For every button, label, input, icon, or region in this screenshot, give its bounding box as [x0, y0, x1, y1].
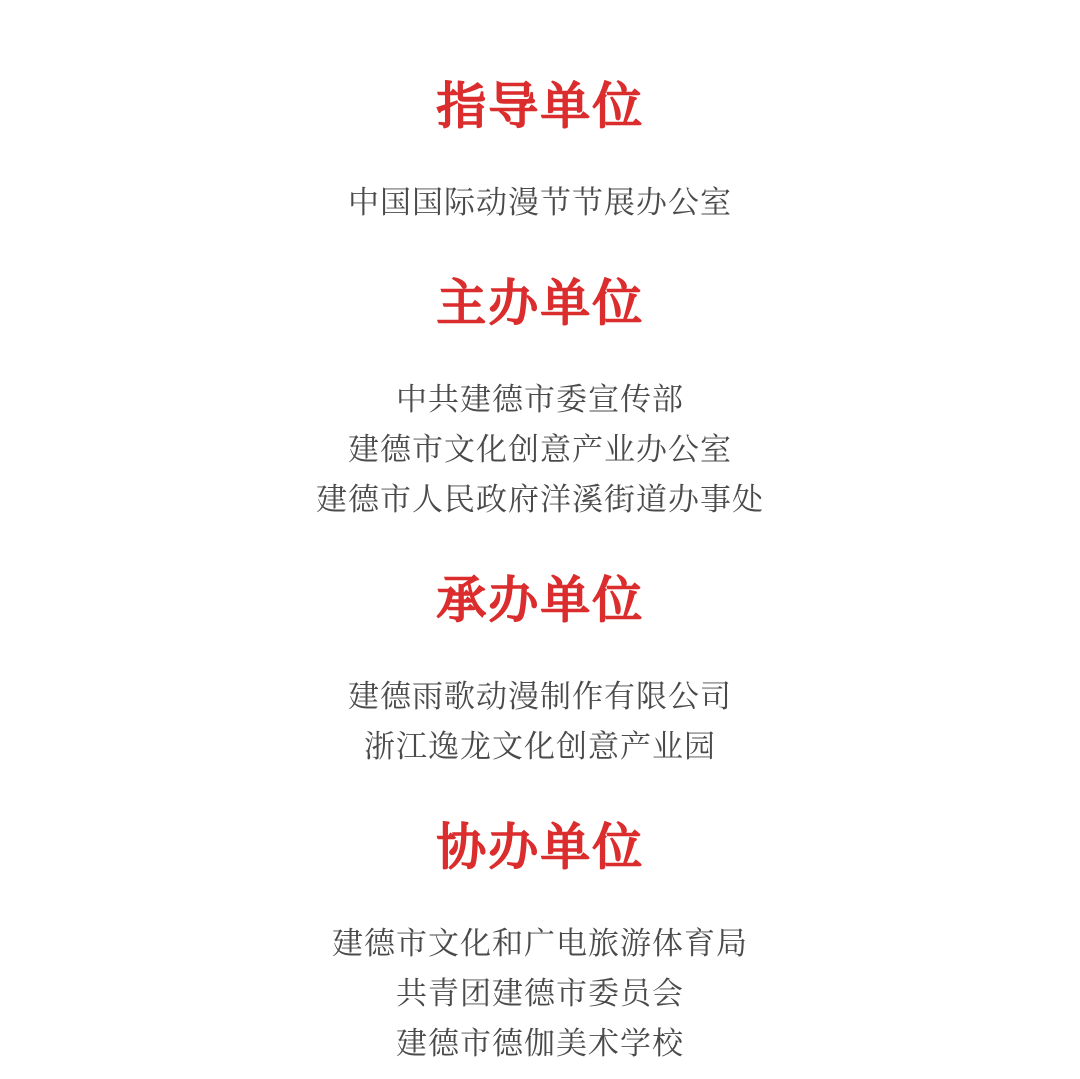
section-organizer-units: 承办单位 建德雨歌动漫制作有限公司 浙江逸龙文化创意产业园 [0, 572, 1080, 772]
org-line: 中共建德市委宣传部 [0, 375, 1080, 425]
section-host-units: 主办单位 中共建德市委宣传部 建德市文化创意产业办公室 建德市人民政府洋溪街道办… [0, 275, 1080, 525]
org-line: 建德雨歌动漫制作有限公司 [0, 672, 1080, 722]
section-heading-host-units: 主办单位 [0, 275, 1080, 332]
org-line: 浙江逸龙文化创意产业园 [0, 722, 1080, 772]
org-list-guiding-unit: 中国国际动漫节节展办公室 [0, 178, 1080, 228]
section-heading-co-organizer-units: 协办单位 [0, 819, 1080, 876]
org-list-co-organizer-units: 建德市文化和广电旅游体育局 共青团建德市委员会 建德市德伽美术学校 [0, 919, 1080, 1069]
org-line: 中国国际动漫节节展办公室 [0, 178, 1080, 228]
credits-page: 指导单位 中国国际动漫节节展办公室 主办单位 中共建德市委宣传部 建德市文化创意… [0, 0, 1080, 1079]
section-heading-organizer-units: 承办单位 [0, 572, 1080, 629]
org-line: 建德市德伽美术学校 [0, 1019, 1080, 1069]
section-co-organizer-units: 协办单位 建德市文化和广电旅游体育局 共青团建德市委员会 建德市德伽美术学校 [0, 819, 1080, 1069]
org-line: 共青团建德市委员会 [0, 969, 1080, 1019]
section-guiding-unit: 指导单位 中国国际动漫节节展办公室 [0, 78, 1080, 228]
org-line: 建德市人民政府洋溪街道办事处 [0, 475, 1080, 525]
org-list-organizer-units: 建德雨歌动漫制作有限公司 浙江逸龙文化创意产业园 [0, 672, 1080, 772]
org-line: 建德市文化创意产业办公室 [0, 425, 1080, 475]
org-list-host-units: 中共建德市委宣传部 建德市文化创意产业办公室 建德市人民政府洋溪街道办事处 [0, 375, 1080, 525]
org-line: 建德市文化和广电旅游体育局 [0, 919, 1080, 969]
section-heading-guiding-unit: 指导单位 [0, 78, 1080, 135]
